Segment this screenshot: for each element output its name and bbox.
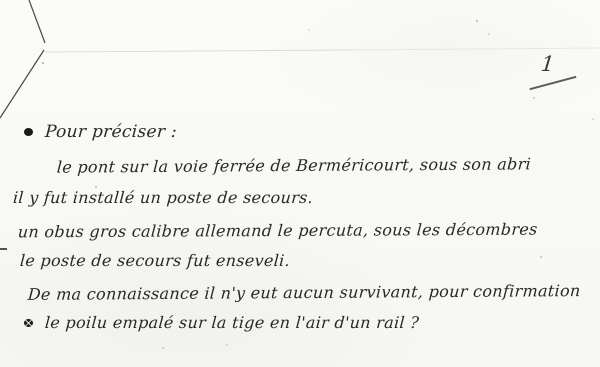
handwritten-line: un obus gros calibre allemand le percuta… bbox=[17, 220, 538, 242]
paper-fold-crease bbox=[0, 0, 600, 367]
handwritten-line: le poste de secours fut enseveli. bbox=[19, 251, 290, 270]
handwritten-line: il y fut installé un poste de secours. bbox=[12, 188, 313, 207]
bullet-icon bbox=[24, 128, 33, 136]
left-margin-ink-mark bbox=[0, 248, 7, 250]
bullet-crossed-icon bbox=[24, 319, 33, 327]
handwritten-line: le pont sur la voie ferrée de Berméricou… bbox=[56, 154, 531, 176]
page-number: 1 bbox=[540, 52, 556, 76]
handwritten-line: Pour préciser : bbox=[44, 122, 177, 142]
handwritten-line: le poilu empalé sur la tige en l'air d'u… bbox=[44, 313, 420, 332]
scan-noise-speckles bbox=[0, 0, 2, 2]
handwritten-line: De ma connaissance il n'y eut aucun surv… bbox=[27, 281, 581, 304]
